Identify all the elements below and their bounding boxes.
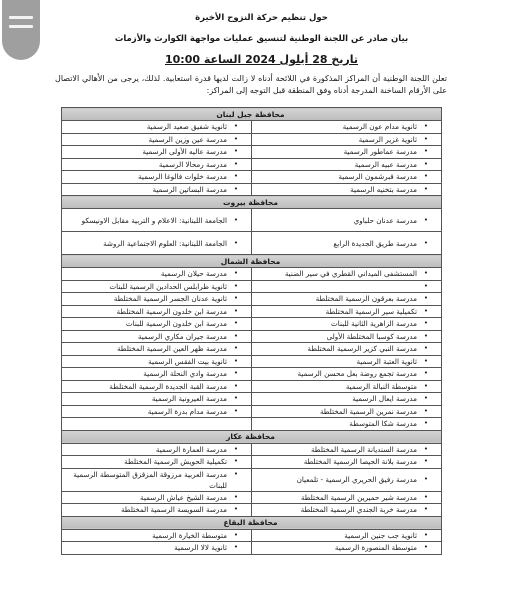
- bullet-icon: •: [417, 268, 435, 279]
- center-cell: •مدرسة خربة الجندي الرسمية المختلطة: [252, 504, 442, 517]
- bullet-icon: •: [417, 542, 435, 553]
- menu-button[interactable]: [2, 0, 40, 60]
- doc-subject: حول تنظيم حركة النزوح الأخيرة: [0, 12, 523, 25]
- table-row: •مدرسة طريق الجديدة الرابع•الجامعة اللبن…: [62, 232, 442, 255]
- center-cell: •مدرسة شكا المتوسطة: [252, 418, 442, 431]
- center-cell: •مدرسة النبي كزير الرسمية المختلطة: [252, 343, 442, 356]
- bullet-icon: •: [417, 121, 435, 132]
- table-row: •مدرسة عبيه الرسمية•مدرسة رمحالا الرسمية: [62, 158, 442, 171]
- governorate-name: محافظة جبل لبنان: [62, 108, 442, 121]
- bullet-icon: •: [417, 444, 435, 455]
- bullet-icon: •: [417, 418, 435, 429]
- table-row: •متوسطة النبالة الرسمية•مدرسة القبة الجد…: [62, 380, 442, 393]
- bullet-icon: •: [227, 542, 245, 553]
- center-cell: •مدرسة عاليه الأولى الرسمية: [62, 146, 252, 159]
- center-cell: •مدرسة رمحالا الرسمية: [62, 158, 252, 171]
- center-name: مدرسة النبي كزير الرسمية المختلطة: [256, 343, 417, 354]
- bullet-icon: •: [227, 306, 245, 317]
- center-name: مدرسة خربة الجندي الرسمية المختلطة: [256, 504, 417, 515]
- center-cell: •مدرسة السويسة الرسمية المختلطة: [62, 504, 252, 517]
- center-cell: •مدرسة نمرين الرسمية المختلطة: [252, 405, 442, 418]
- center-cell: •مدرسة شير حميرين الرسمية المختلطة: [252, 491, 442, 504]
- bullet-icon: •: [417, 306, 435, 317]
- governorate-header: محافظة الشمال: [62, 255, 442, 268]
- center-name: مدرسة رفيق الحريري الرسمية - تلمعيان: [256, 474, 417, 485]
- governorate-name: محافظة بيروت: [62, 196, 442, 209]
- center-cell: •مدرسة ابن خلدون الرسمية المختلطة: [62, 305, 252, 318]
- center-cell: •مدرسة بتخنيه الرسمية: [252, 183, 442, 196]
- bullet-icon: •: [227, 331, 245, 342]
- center-name: تكميلية سير الرسمية المختلطة: [256, 306, 417, 317]
- center-name: ثانوية لالا الرسمية: [66, 542, 227, 553]
- governorate-name: محافظة الشمال: [62, 255, 442, 268]
- table-row: •المستشفى الميداني القطري في سير الضنية•…: [62, 268, 442, 281]
- governorate-header: محافظة جبل لبنان: [62, 108, 442, 121]
- bullet-icon: •: [227, 469, 245, 480]
- center-name: مدرسة مدام بدرة الرسمية: [66, 406, 227, 417]
- table-row: •مدرسة خربة الجندي الرسمية المختلطة•مدرس…: [62, 504, 442, 517]
- table-row: •مدرسة عدنان حلباوي•الجامعة اللبنانية: ا…: [62, 209, 442, 232]
- table-row: •مدرسة النبي كزير الرسمية المختلطة•مدرسة…: [62, 343, 442, 356]
- table-row: •ثانوية جب جنين الرسمية•متوسطة الخيارة ا…: [62, 529, 442, 542]
- center-name: مدرسة خلوات فالوغا الرسمية: [66, 171, 227, 182]
- center-cell: •مدرسة بعرقون الرسمية المختلطة: [252, 293, 442, 306]
- doc-date: تاريخ 28 أيلول 2024 الساعة 10:00: [0, 53, 523, 66]
- center-cell: •مدرسة عماطور الرسمية: [252, 146, 442, 159]
- table-row: •مدرسة نمرين الرسمية المختلطة•مدرسة مدام…: [62, 405, 442, 418]
- center-name: ثانوية غزير الرسمية: [256, 134, 417, 145]
- center-cell: •ثانوية عدنان الجسر الرسمية المختلطة: [62, 293, 252, 306]
- center-cell: •مدرسة العمارة الرسمية: [62, 443, 252, 456]
- center-name: الجامعة اللبنانية: العلوم الاجتماعية الر…: [66, 238, 227, 249]
- bullet-icon: •: [417, 474, 435, 485]
- center-cell: •مدرسة ابن خلدون الرسمية للبنات: [62, 318, 252, 331]
- center-name: مدرسة الشيخ عياش الرسمية: [66, 492, 227, 503]
- bullet-icon: •: [227, 121, 245, 132]
- bullet-icon: •: [417, 238, 435, 249]
- bullet-icon: •: [227, 171, 245, 182]
- intro-paragraph: تعلن اللجنة الوطنية أن المراكز المذكورة …: [55, 73, 447, 97]
- table-row: •مدرسة بتخنيه الرسمية•مدرسة البساتين الر…: [62, 183, 442, 196]
- center-cell: •متوسطة الخيارة الرسمية: [62, 529, 252, 542]
- center-name: مدرسة بلانة الحيصا الرسمية المختلطة: [256, 456, 417, 467]
- center-name: مدرسة ظهر العين الرسمية المختلطة: [66, 343, 227, 354]
- center-name: مدرسة رمحالا الرسمية: [66, 159, 227, 170]
- bullet-icon: •: [417, 368, 435, 379]
- center-name: الجامعة اللبنانية: الاعلام و التربية مقا…: [66, 215, 227, 226]
- table-row: •مدرسة ايعال الرسمية•مدرسة العيرونية الر…: [62, 393, 442, 406]
- governorate-header: محافظة البقاع: [62, 516, 442, 529]
- center-cell: •ثانوية مدام عون الرسمية: [252, 121, 442, 134]
- center-name: ثانوية عدنان الجسر الرسمية المختلطة: [66, 293, 227, 304]
- center-cell: •: [252, 280, 442, 293]
- governorate-header: محافظة عكار: [62, 430, 442, 443]
- table-row: •مدرسة قبرشمون الرسمية•مدرسة خلوات فالوغ…: [62, 171, 442, 184]
- bullet-icon: •: [227, 293, 245, 304]
- table-row: •ثانوية غزير الرسمية•مدرسة عين وزين الرس…: [62, 133, 442, 146]
- center-name: ثانوية طرابلس الحدادين الرسمية للبنات: [66, 281, 227, 292]
- center-cell: •مدرسة العيرونية الرسمية: [62, 393, 252, 406]
- bullet-icon: •: [227, 444, 245, 455]
- bullet-icon: •: [417, 134, 435, 145]
- center-name: مدرسة نمرين الرسمية المختلطة: [256, 406, 417, 417]
- bullet-icon: •: [227, 530, 245, 541]
- center-name: متوسطة المنصورة الرسمية: [256, 542, 417, 553]
- bullet-icon: •: [417, 456, 435, 467]
- center-name: مدرسة قبرشمون الرسمية: [256, 171, 417, 182]
- table-row: •مدرسة كوسبا المختلطة الأولى•مدرسة جيران…: [62, 330, 442, 343]
- center-name: مدرسة طريق الجديدة الرابع: [256, 238, 417, 249]
- center-cell: •مدرسة عبيه الرسمية: [252, 158, 442, 171]
- center-name: مدرسة وادي النحلة الرسمية: [66, 368, 227, 379]
- table-row: •مدرسة رفيق الحريري الرسمية - تلمعيان•مد…: [62, 468, 442, 491]
- bullet-icon: •: [417, 215, 435, 226]
- center-name: ثانوية شفيق صعيد الرسمية: [66, 121, 227, 132]
- center-cell: •مدرسة رفيق الحريري الرسمية - تلمعيان: [252, 468, 442, 491]
- bullet-icon: •: [227, 146, 245, 157]
- center-name: متوسطة الخيارة الرسمية: [66, 530, 227, 541]
- centers-table: محافظة جبل لبنان•ثانوية مدام عون الرسمية…: [61, 107, 442, 555]
- table-row: •مدرسة بعرقون الرسمية المختلطة•ثانوية عد…: [62, 293, 442, 306]
- center-cell: •مدرسة تجمع روضة بعل محسن الرسمية: [252, 368, 442, 381]
- center-name: مدرسة عماطور الرسمية: [256, 146, 417, 157]
- center-cell: •مدرسة البساتين الرسمية: [62, 183, 252, 196]
- center-cell: •المستشفى الميداني القطري في سير الضنية: [252, 268, 442, 281]
- center-name: مدرسة شكا المتوسطة: [256, 418, 417, 429]
- bullet-icon: •: [417, 159, 435, 170]
- center-cell: •مدرسة بلانة الحيصا الرسمية المختلطة: [252, 456, 442, 469]
- bullet-icon: •: [417, 171, 435, 182]
- center-cell: •مدرسة السنديانة الرسمية المختلطة: [252, 443, 442, 456]
- center-name: مدرسة القبة الجديدة الرسمية المختلطة: [66, 381, 227, 392]
- center-name: مدرسة العمارة الرسمية: [66, 444, 227, 455]
- hamburger-icon: [9, 25, 33, 28]
- bullet-icon: •: [417, 146, 435, 157]
- center-name: ثانوية بيت الفقس الرسمية: [66, 356, 227, 367]
- bullet-icon: •: [417, 381, 435, 392]
- center-cell: •مدرسة عين وزين الرسمية: [62, 133, 252, 146]
- table-row: •مدرسة بلانة الحيصا الرسمية المختلطة•تكم…: [62, 456, 442, 469]
- bullet-icon: •: [417, 504, 435, 515]
- center-name: ثانوية جب جنين الرسمية: [256, 530, 417, 541]
- bullet-icon: •: [227, 184, 245, 195]
- table-row: •متوسطة المنصورة الرسمية•ثانوية لالا الر…: [62, 542, 442, 555]
- center-name: مدرسة ابن خلدون الرسمية للبنات: [66, 318, 227, 329]
- bullet-icon: •: [227, 215, 245, 226]
- table-row: •ثانوية العتبة الرسمية•ثانوية بيت الفقس …: [62, 355, 442, 368]
- bullet-icon: •: [417, 281, 435, 292]
- center-cell: •ثانوية العتبة الرسمية: [252, 355, 442, 368]
- center-cell: •مدرسة القبة الجديدة الرسمية المختلطة: [62, 380, 252, 393]
- bullet-icon: •: [417, 331, 435, 342]
- center-name: تكميلية الحويش الرسمية المختلطة: [66, 456, 227, 467]
- center-name: مدرسة ابن خلدون الرسمية المختلطة: [66, 306, 227, 317]
- center-name: المستشفى الميداني القطري في سير الضنية: [256, 268, 417, 279]
- table-row: •مدرسة شكا المتوسطة: [62, 418, 442, 431]
- table-row: ••ثانوية طرابلس الحدادين الرسمية للبنات: [62, 280, 442, 293]
- governorate-name: محافظة البقاع: [62, 516, 442, 529]
- center-name: مدرسة السويسة الرسمية المختلطة: [66, 504, 227, 515]
- center-cell: •مدرسة ايعال الرسمية: [252, 393, 442, 406]
- bullet-icon: •: [227, 159, 245, 170]
- table-row: •مدرسة شير حميرين الرسمية المختلطة•مدرسة…: [62, 491, 442, 504]
- center-cell: •مدرسة قبرشمون الرسمية: [252, 171, 442, 184]
- center-name: مدرسة بعرقون الرسمية المختلطة: [256, 293, 417, 304]
- center-cell: [62, 418, 252, 431]
- center-cell: •مدرسة حيلان الرسمية: [62, 268, 252, 281]
- center-name: مدرسة الزاهرية الثانية للبنات: [256, 318, 417, 329]
- bullet-icon: •: [227, 406, 245, 417]
- center-cell: •مدرسة خلوات فالوغا الرسمية: [62, 171, 252, 184]
- bullet-icon: •: [227, 456, 245, 467]
- center-cell: •ثانوية بيت الفقس الرسمية: [62, 355, 252, 368]
- center-cell: •مدرسة طريق الجديدة الرابع: [252, 232, 442, 255]
- center-cell: •متوسطة المنصورة الرسمية: [252, 542, 442, 555]
- center-cell: •مدرسة وادي النحلة الرسمية: [62, 368, 252, 381]
- table-row: •تكميلية سير الرسمية المختلطة•مدرسة ابن …: [62, 305, 442, 318]
- center-name: مدرسة شير حميرين الرسمية المختلطة: [256, 492, 417, 503]
- table-row: •ثانوية مدام عون الرسمية•ثانوية شفيق صعي…: [62, 121, 442, 134]
- center-name: ثانوية مدام عون الرسمية: [256, 121, 417, 132]
- center-name: مدرسة حيلان الرسمية: [66, 268, 227, 279]
- center-name: متوسطة النبالة الرسمية: [256, 381, 417, 392]
- bullet-icon: •: [417, 492, 435, 503]
- bullet-icon: •: [227, 356, 245, 367]
- center-name: مدرسة كوسبا المختلطة الأولى: [256, 331, 417, 342]
- center-cell: •الجامعة اللبنانية: الاعلام و التربية مق…: [62, 209, 252, 232]
- center-name: مدرسة ايعال الرسمية: [256, 393, 417, 404]
- center-cell: •متوسطة النبالة الرسمية: [252, 380, 442, 393]
- center-name: مدرسة جيران مكاري الرسمية: [66, 331, 227, 342]
- center-cell: •مدرسة عدنان حلباوي: [252, 209, 442, 232]
- bullet-icon: •: [227, 504, 245, 515]
- center-name: ثانوية العتبة الرسمية: [256, 356, 417, 367]
- bullet-icon: •: [227, 381, 245, 392]
- bullet-icon: •: [227, 281, 245, 292]
- bullet-icon: •: [417, 530, 435, 541]
- center-name: مدرسة العربية مرزوقة المزقزق المتوسطة ال…: [66, 469, 227, 491]
- table-row: •مدرسة الزاهرية الثانية للبنات•مدرسة ابن…: [62, 318, 442, 331]
- bullet-icon: •: [227, 393, 245, 404]
- bullet-icon: •: [417, 184, 435, 195]
- bullet-icon: •: [227, 134, 245, 145]
- bullet-icon: •: [417, 293, 435, 304]
- center-cell: •ثانوية طرابلس الحدادين الرسمية للبنات: [62, 280, 252, 293]
- bullet-icon: •: [417, 406, 435, 417]
- center-cell: •مدرسة مدام بدرة الرسمية: [62, 405, 252, 418]
- center-cell: •مدرسة جيران مكاري الرسمية: [62, 330, 252, 343]
- center-cell: •مدرسة الشيخ عياش الرسمية: [62, 491, 252, 504]
- center-cell: •ثانوية لالا الرسمية: [62, 542, 252, 555]
- center-name: مدرسة عبيه الرسمية: [256, 159, 417, 170]
- bullet-icon: •: [227, 343, 245, 354]
- center-cell: •مدرسة ظهر العين الرسمية المختلطة: [62, 343, 252, 356]
- center-cell: •مدرسة العربية مرزوقة المزقزق المتوسطة ا…: [62, 468, 252, 491]
- governorate-header: محافظة بيروت: [62, 196, 442, 209]
- center-name: مدرسة عين وزين الرسمية: [66, 134, 227, 145]
- center-name: مدرسة عاليه الأولى الرسمية: [66, 146, 227, 157]
- center-cell: •ثانوية جب جنين الرسمية: [252, 529, 442, 542]
- bullet-icon: •: [417, 393, 435, 404]
- center-name: مدرسة عدنان حلباوي: [256, 215, 417, 226]
- center-cell: •مدرسة الزاهرية الثانية للبنات: [252, 318, 442, 331]
- table-row: •مدرسة تجمع روضة بعل محسن الرسمية•مدرسة …: [62, 368, 442, 381]
- center-name: مدرسة تجمع روضة بعل محسن الرسمية: [256, 368, 417, 379]
- center-name: مدرسة البساتين الرسمية: [66, 184, 227, 195]
- center-name: مدرسة السنديانة الرسمية المختلطة: [256, 444, 417, 455]
- bullet-icon: •: [417, 318, 435, 329]
- bullet-icon: •: [417, 356, 435, 367]
- center-name: مدرسة العيرونية الرسمية: [66, 393, 227, 404]
- doc-issuer: بيان صادر عن اللجنة الوطنية لتنسيق عمليا…: [0, 33, 523, 46]
- center-cell: •ثانوية شفيق صعيد الرسمية: [62, 121, 252, 134]
- center-cell: •ثانوية غزير الرسمية: [252, 133, 442, 146]
- center-cell: •الجامعة اللبنانية: العلوم الاجتماعية ال…: [62, 232, 252, 255]
- bullet-icon: •: [417, 343, 435, 354]
- bullet-icon: •: [227, 492, 245, 503]
- table-row: •مدرسة السنديانة الرسمية المختلطة•مدرسة …: [62, 443, 442, 456]
- governorate-name: محافظة عكار: [62, 430, 442, 443]
- center-cell: •تكميلية الحويش الرسمية المختلطة: [62, 456, 252, 469]
- center-cell: •تكميلية سير الرسمية المختلطة: [252, 305, 442, 318]
- table-row: •مدرسة عماطور الرسمية•مدرسة عاليه الأولى…: [62, 146, 442, 159]
- center-cell: •مدرسة كوسبا المختلطة الأولى: [252, 330, 442, 343]
- bullet-icon: •: [227, 318, 245, 329]
- bullet-icon: •: [227, 268, 245, 279]
- bullet-icon: •: [227, 238, 245, 249]
- center-name: مدرسة بتخنيه الرسمية: [256, 184, 417, 195]
- bullet-icon: •: [227, 368, 245, 379]
